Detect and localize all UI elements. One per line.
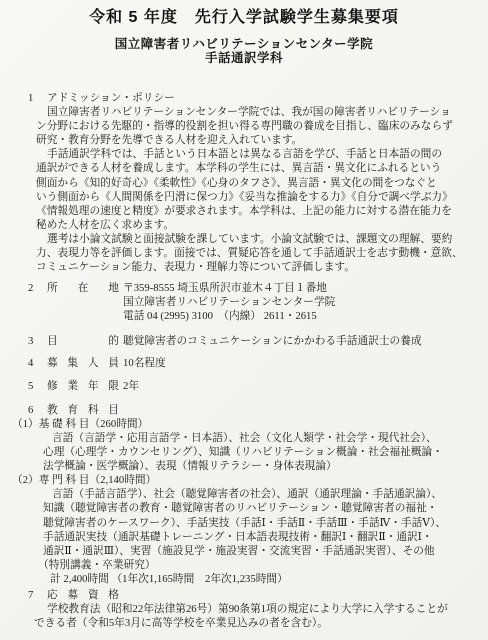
section-heading-label: アドミッション・ポリシー xyxy=(47,91,175,105)
body-line: 心理（心理学・カウンセリング）、知識（リハビリテーション概論・社会福祉概論・ xyxy=(43,445,488,459)
body-line: 選考は小論文試験と面接試験を課しています。小論文試験では、課題文の理解、要約 xyxy=(36,232,488,246)
subsection-heading-senmon: （2）専 門 科 目（2,140時間） xyxy=(12,473,488,487)
section-number: 4 xyxy=(28,356,47,370)
section-purpose: 3 目的 聴覚障害者のコミュニケーションにかかわる手話通訳士の養成 xyxy=(28,334,488,348)
body-line: 通訳Ⅱ・通訳Ⅲ）、実習（施設見学・施設実習・交流実習・手話通訳実習）、その他 xyxy=(43,544,488,558)
body-line: 側面から《知的好奇心》《柔軟性》《心身のタフさ》、異言語・異文化の間をつなぐと xyxy=(36,176,488,190)
section-number: 1 xyxy=(28,91,47,105)
section-label: 募集人員 xyxy=(47,356,119,370)
body-line: 秘めた人材を広く求めます。 xyxy=(36,218,488,232)
section-capacity: 4 募集人員 10名程度 xyxy=(28,356,488,370)
body-line: 手話通訳学科では、手話という日本語とは異なる言語を学び、手話と日本語の間の xyxy=(36,147,488,161)
section-label: 修業年限 xyxy=(47,379,119,393)
section-number: 5 xyxy=(28,379,47,393)
body-line: 聴覚障害者のケースワーク）、手話実技（手話Ⅰ・手話Ⅱ・手話Ⅲ・手話Ⅳ・手話Ⅴ）、 xyxy=(43,516,488,530)
section-heading: 6 教育科目 xyxy=(28,403,488,417)
body-line: 研究・教育分野を先導できる人材を迎え入れています。 xyxy=(36,133,488,147)
section-number: 6 xyxy=(28,403,47,417)
body-line: 力、表現力等を評価します。面接では、質疑応答を通して手話通訳士を志す動機・意欲、 xyxy=(36,246,488,260)
body-line: 学校教育法（昭和22年法律第26号）第90条第1項の規定により大学に入学すること… xyxy=(34,602,488,616)
page-title: 令和 5 年度 先行入学試験学生募集要項 xyxy=(0,8,488,28)
section-study-period: 5 修業年限 2年 xyxy=(28,379,488,393)
section-number: 3 xyxy=(28,334,47,348)
section-value: 10名程度 xyxy=(123,356,488,370)
section-heading: 7 応募資格 xyxy=(28,588,488,602)
body-line: 言語（言語学・応用言語学・日本語）、社会（文化人類学・社会学・現代社会）、 xyxy=(52,431,488,445)
section-eligibility: 7 応募資格 学校教育法（昭和22年法律第26号）第90条第1項の規定により大学… xyxy=(28,588,488,630)
body-line: 法学概論・医学概論）、表現（情報リテラシー・身体表現論） xyxy=(43,459,488,473)
total-hours-line: 計 2,400時間 （1年次1,165時間 2年次1,235時間） xyxy=(50,572,488,586)
section-admission-policy: 1 アドミッション・ポリシー 国立障害者リハビリテーションセンター学院では、我が… xyxy=(28,91,488,274)
section-value: 〒359-8555 埼玉県所沢市並木４丁目１番地 国立障害者リハビリテーションセ… xyxy=(123,281,488,323)
section-label: 所在地 xyxy=(47,281,119,295)
section-label: 目的 xyxy=(47,334,119,348)
section-value: 聴覚障害者のコミュニケーションにかかわる手話通訳士の養成 xyxy=(123,334,488,348)
subsection-heading-basic: （1）基 礎 科 目（260時間） xyxy=(12,417,488,431)
subtitle-institution: 国立障害者リハビリテーションセンター学院 xyxy=(0,37,488,51)
body-line: 言語（手話言語学）、社会（聴覚障害者の社会）、通訳（通訳理論・手話通訳論）、 xyxy=(52,487,488,501)
section-number: 2 xyxy=(28,281,47,295)
body-line: 知識（聴覚障害者の教育・聴覚障害者のリハビリテーション・聴覚障害者の福祉・ xyxy=(43,501,488,515)
body-line: ン分野における先駆的・指導的役割を担い得る専門職の養成を目指し、臨床のみならず xyxy=(36,119,488,133)
address-line: 〒359-8555 埼玉県所沢市並木４丁目１番地 xyxy=(123,281,488,295)
body-line: いう側面から《人間関係を円滑に保つ力》《妥当な推論をする力》《自分で調べ学ぶ力》 xyxy=(36,190,488,204)
section-value: 2年 xyxy=(123,379,488,393)
body-line: コミュニケーション能力、表現力・理解力等について評価します。 xyxy=(36,260,488,274)
section-label: 応募資格 xyxy=(47,588,119,602)
subtitle-department: 手話通訳学科 xyxy=(0,51,488,65)
address-line: 国立障害者リハビリテーションセンター学院 xyxy=(123,295,488,309)
body-line: （特別講義・卒業研究） xyxy=(38,558,488,572)
section-curriculum: 6 教育科目 （1）基 礎 科 目（260時間） 言語（言語学・応用言語学・日本… xyxy=(28,403,488,586)
document-page: 令和 5 年度 先行入学試験学生募集要項 国立障害者リハビリテーションセンター学… xyxy=(0,0,488,640)
section-heading: 1 アドミッション・ポリシー xyxy=(28,91,488,105)
body-line: できる者（令和5年3月に高等学校を卒業見込みの者を含む）。 xyxy=(34,616,488,630)
body-line: 《情報処理の速度と精度》が要求されます。本学科は、上記の能力に対する潜在能力を xyxy=(36,204,488,218)
section-number: 7 xyxy=(28,588,47,602)
phone-line: 電話 04 (2995) 3100 （内線） 2611・2615 xyxy=(123,309,488,323)
section-location: 2 所在地 〒359-8555 埼玉県所沢市並木４丁目１番地 国立障害者リハビリ… xyxy=(28,281,488,323)
document-header: 令和 5 年度 先行入学試験学生募集要項 国立障害者リハビリテーションセンター学… xyxy=(0,8,488,65)
body-line: 通訳ができる人材を養成します。本学科の学生には、異言語・異文化にふれるという xyxy=(36,161,488,175)
body-line: 国立障害者リハビリテーションセンター学院では、我が国の障害者リハビリテーショ xyxy=(36,105,488,119)
body-line: 手話通訳実技（通訳基礎トレーニング・日本語表現技術・翻訳Ⅰ・翻訳Ⅱ・通訳Ⅰ・ xyxy=(43,530,488,544)
section-label: 教育科目 xyxy=(47,403,119,417)
